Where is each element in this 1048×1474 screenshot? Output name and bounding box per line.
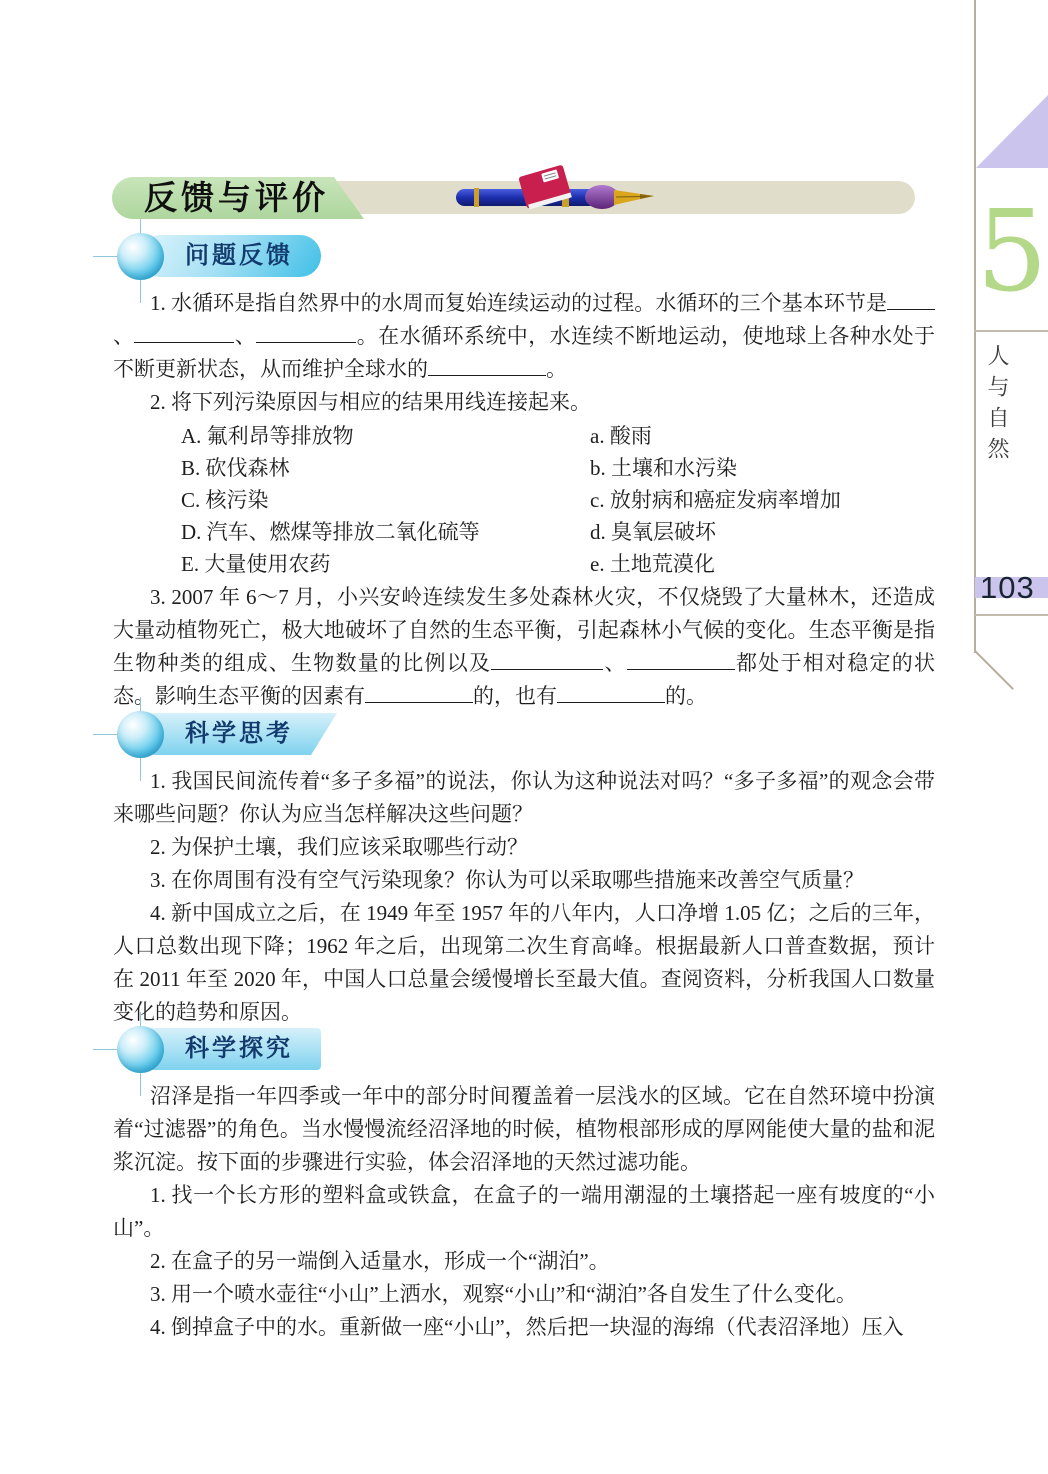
chapter-banner: 反馈与评价 — [112, 177, 915, 219]
badge-row: 问题反馈 — [113, 231, 935, 285]
section-badge: 问题反馈 — [147, 235, 321, 277]
section-content: 1. 水循环是指自然界中的水周而复始连续运动的过程。水循环的三个基本环节是、、。… — [113, 287, 935, 713]
match-cause: E. 大量使用农药 — [113, 548, 590, 580]
answer-blank — [627, 648, 735, 670]
section-badge: 科学思考 — [147, 713, 337, 755]
match-result: a. 酸雨 — [590, 420, 935, 452]
match-cause: A. 氟利昂等排放物 — [113, 420, 590, 452]
section-science-inquiry: 科学探究 沼泽是指一年四季或一年中的部分时间覆盖着一层浅水的区域。它在自然环境中… — [113, 1024, 935, 1344]
banner-title: 反馈与评价 — [112, 177, 364, 219]
answer-blank — [134, 321, 234, 343]
sidebar-divider — [974, 0, 976, 653]
match-cause: D. 汽车、燃煤等排放二氧化硫等 — [113, 516, 590, 548]
match-cause: C. 核污染 — [113, 484, 590, 516]
paragraph: 4. 倒掉盒子中的水。重新做一座“小山”，然后把一块湿的海绵（代表沼泽地）压入 — [113, 1311, 935, 1344]
paragraph: 沼泽是指一年四季或一年中的部分时间覆盖着一层浅水的区域。它在自然环境中扮演着“过… — [113, 1080, 935, 1179]
section-problem-feedback: 问题反馈 1. 水循环是指自然界中的水周而复始连续运动的过程。水循环的三个基本环… — [113, 231, 935, 713]
paragraph: 3. 用一个喷水壶往“小山”上洒水，观察“小山”和“湖泊”各自发生了什么变化。 — [113, 1278, 935, 1311]
paragraph: 1. 找一个长方形的塑料盒或铁盒，在盒子的一端用潮湿的土壤搭起一座有坡度的“小山… — [113, 1179, 935, 1245]
section-badge: 科学探究 — [147, 1028, 321, 1070]
answer-blank — [887, 288, 935, 310]
match-row: C. 核污染c. 放射病和癌症发病率增加 — [113, 484, 935, 516]
sphere-icon — [117, 233, 164, 280]
section-content: 沼泽是指一年四季或一年中的部分时间覆盖着一层浅水的区域。它在自然环境中扮演着“过… — [113, 1080, 935, 1344]
match-cause: B. 砍伐森林 — [113, 452, 590, 484]
paragraph: 1. 我国民间流传着“多子多福”的说法，你认为这种说法对吗？“多子多福”的观念会… — [113, 765, 935, 831]
paragraph: 2. 在盒子的另一端倒入适量水，形成一个“湖泊”。 — [113, 1245, 935, 1278]
match-result: c. 放射病和癌症发病率增加 — [590, 484, 935, 516]
match-row: A. 氟利昂等排放物a. 酸雨 — [113, 420, 935, 452]
match-row: E. 大量使用农药e. 土地荒漠化 — [113, 548, 935, 580]
answer-blank — [256, 321, 356, 343]
sphere-icon — [117, 1026, 164, 1073]
answer-blank — [557, 681, 665, 703]
match-row: B. 砍伐森林b. 土壤和水污染 — [113, 452, 935, 484]
paragraph: 1. 水循环是指自然界中的水周而复始连续运动的过程。水循环的三个基本环节是、、。… — [113, 287, 935, 386]
sphere-icon — [117, 711, 164, 758]
sidebar-rule — [975, 614, 1048, 616]
chapter-number: 5 — [976, 196, 1048, 308]
section-content: 1. 我国民间流传着“多子多福”的说法，你认为这种说法对吗？“多子多福”的观念会… — [113, 765, 935, 1029]
badge-row: 科学探究 — [113, 1024, 935, 1078]
paragraph: 3. 在你周围有没有空气污染现象？你认为可以采取哪些措施来改善空气质量？ — [113, 864, 935, 897]
paragraph: 2. 将下列污染原因与相应的结果用线连接起来。 — [113, 386, 935, 419]
match-list: A. 氟利昂等排放物a. 酸雨B. 砍伐森林b. 土壤和水污染C. 核污染c. … — [113, 420, 935, 580]
match-row: D. 汽车、燃煤等排放二氧化硫等d. 臭氧层破坏 — [113, 516, 935, 548]
match-result: e. 土地荒漠化 — [590, 548, 935, 580]
answer-blank — [428, 354, 546, 376]
badge-row: 科学思考 — [113, 709, 935, 763]
match-result: d. 臭氧层破坏 — [590, 516, 935, 548]
match-result: b. 土壤和水污染 — [590, 452, 935, 484]
pen-and-notebook-icon — [450, 165, 660, 227]
paragraph: 4. 新中国成立之后，在 1949 年至 1957 年的八年内，人口净增 1.0… — [113, 897, 935, 1029]
sidebar-rule — [975, 330, 1048, 332]
sidebar-corner-line — [974, 650, 1014, 690]
paragraph: 3. 2007 年 6～7 月，小兴安岭连续发生多处森林火灾，不仅烧毁了大量林木… — [113, 581, 935, 713]
section-science-thinking: 科学思考 1. 我国民间流传着“多子多福”的说法，你认为这种说法对吗？“多子多福… — [113, 709, 935, 1029]
page-number: 103 — [980, 570, 1035, 606]
corner-triangle-decoration — [976, 95, 1048, 168]
answer-blank — [365, 681, 473, 703]
chapter-title: 人与自然 — [986, 344, 1008, 468]
paragraph: 2. 为保护土壤，我们应该采取哪些行动？ — [113, 831, 935, 864]
answer-blank — [491, 648, 603, 670]
